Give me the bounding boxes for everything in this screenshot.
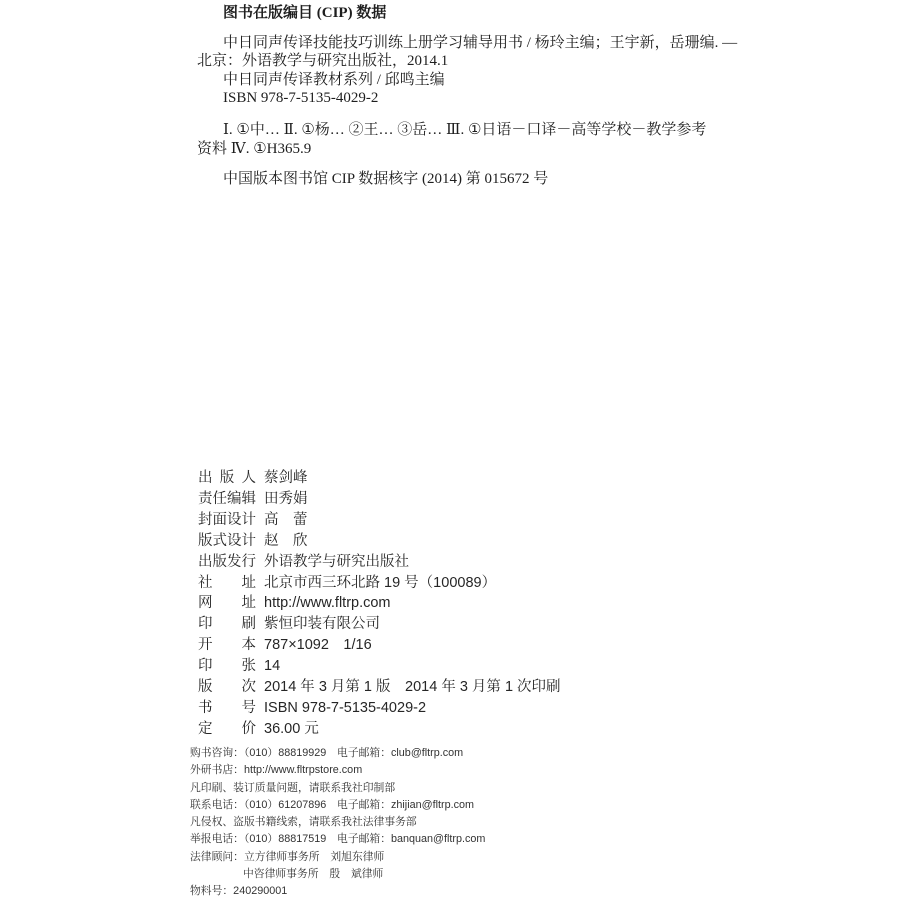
footer-line-report-phone: 举报电话：（010）88817519 电子邮箱：banquan@fltrp.co… [190,831,790,848]
colophon-label: 出版发行 [198,552,256,573]
colophon-value: 田秀娟 [264,491,308,507]
colophon-row: 出版人蔡剑峰 [198,468,758,489]
colophon-label: 社址 [198,573,256,594]
footer-notes-block: 购书咨询：（010）88819929 电子邮箱：club@fltrp.com 外… [190,745,790,900]
colophon-value: 787×1092 1/16 [264,637,372,653]
colophon-value: 北京市西三环北路 19 号（100089） [264,575,496,591]
colophon-label: 印张 [198,656,256,677]
colophon-value: 赵 欣 [264,533,308,549]
colophon-label: 封面设计 [198,510,256,531]
cip-classification: Ⅰ. ①中… Ⅱ. ①杨… ②王… ③岳… Ⅲ. ①日语－口译－高等学校－教学参… [197,121,757,158]
cip-classification-line: 资料 Ⅳ. ①H365.9 [197,140,757,159]
colophon-row: 网址http://www.fltrp.com [198,593,758,614]
footer-line-bookstore-url: 外研书店：http://www.fltrpstore.com [190,762,790,779]
colophon-label: 版式设计 [198,531,256,552]
footer-line-contact-phone: 联系电话：（010）61207896 电子邮箱：zhijian@fltrp.co… [190,797,790,814]
colophon-row: 出版发行外语教学与研究出版社 [198,552,758,573]
colophon-row: 版次2014 年 3 月第 1 版 2014 年 3 月第 1 次印刷 [198,677,758,698]
footer-line-piracy-notice: 凡侵权、盗版书籍线索，请联系我社法律事务部 [190,814,790,831]
colophon-label: 印刷 [198,614,256,635]
colophon-value: 外语教学与研究出版社 [264,554,409,570]
colophon-value: 36.00 元 [264,721,319,737]
cip-isbn-line: ISBN 978-7-5135-4029-2 [197,89,757,108]
footer-line-print-quality: 凡印刷、装订质量问题，请联系我社印制部 [190,780,790,797]
colophon-row: 封面设计高 蕾 [198,510,758,531]
colophon-label: 版次 [198,677,256,698]
colophon-value: ISBN 978-7-5135-4029-2 [264,700,426,716]
colophon-row: 印刷紫恒印装有限公司 [198,614,758,635]
cip-record-number: 中国版本图书馆 CIP 数据核字 (2014) 第 015672 号 [197,170,757,189]
colophon-row: 印张14 [198,656,758,677]
colophon-row: 社址北京市西三环北路 19 号（100089） [198,573,758,594]
cip-classification-line: Ⅰ. ①中… Ⅱ. ①杨… ②王… ③岳… Ⅲ. ①日语－口译－高等学校－教学参… [197,121,757,140]
colophon-row: 责任编辑田秀娟 [198,489,758,510]
cip-entry: 中日同声传译技能技巧训练上册学习辅导用书 / 杨玲主编；王宇新，岳珊编. — 北… [197,34,757,108]
colophon-value-url: http://www.fltrp.com [264,595,391,611]
colophon-label: 书号 [198,698,256,719]
footer-line-purchase-consult: 购书咨询：（010）88819929 电子邮箱：club@fltrp.com [190,745,790,762]
colophon-value: 2014 年 3 月第 1 版 2014 年 3 月第 1 次印刷 [264,679,561,695]
cip-entry-line: 北京：外语教学与研究出版社，2014.1 [197,52,757,71]
colophon-label: 责任编辑 [198,489,256,510]
colophon-row: 版式设计赵 欣 [198,531,758,552]
cip-data-block: 图书在版编目 (CIP) 数据 中日同声传译技能技巧训练上册学习辅导用书 / 杨… [197,4,757,189]
colophon-row: 定价36.00 元 [198,719,758,740]
colophon-value: 高 蕾 [264,512,308,528]
cip-entry-line: 中日同声传译技能技巧训练上册学习辅导用书 / 杨玲主编；王宇新，岳珊编. — [197,34,757,53]
footer-line-material-number: 物料号：240290001 [190,883,790,900]
copyright-page: 图书在版编目 (CIP) 数据 中日同声传译技能技巧训练上册学习辅导用书 / 杨… [0,0,900,900]
colophon-label: 定价 [198,719,256,740]
footer-line-legal-counsel-2: 中咨律师事务所 殷 斌律师 [190,866,790,883]
colophon-value: 蔡剑峰 [264,470,308,486]
colophon-label: 出版人 [198,468,256,489]
colophon-value: 紫恒印装有限公司 [264,616,380,632]
colophon-label: 开本 [198,635,256,656]
footer-line-legal-counsel: 法律顾问：立方律师事务所 刘旭东律师 [190,849,790,866]
colophon-label: 网址 [198,593,256,614]
colophon-row: 书号ISBN 978-7-5135-4029-2 [198,698,758,719]
cip-entry-line: 中日同声传译教材系列 / 邱鸣主编 [197,71,757,90]
colophon-row: 开本787×1092 1/16 [198,635,758,656]
cip-heading: 图书在版编目 (CIP) 数据 [197,4,757,23]
colophon-value: 14 [264,658,280,674]
colophon-block: 出版人蔡剑峰 责任编辑田秀娟 封面设计高 蕾 版式设计赵 欣 出版发行外语教学与… [198,468,758,740]
